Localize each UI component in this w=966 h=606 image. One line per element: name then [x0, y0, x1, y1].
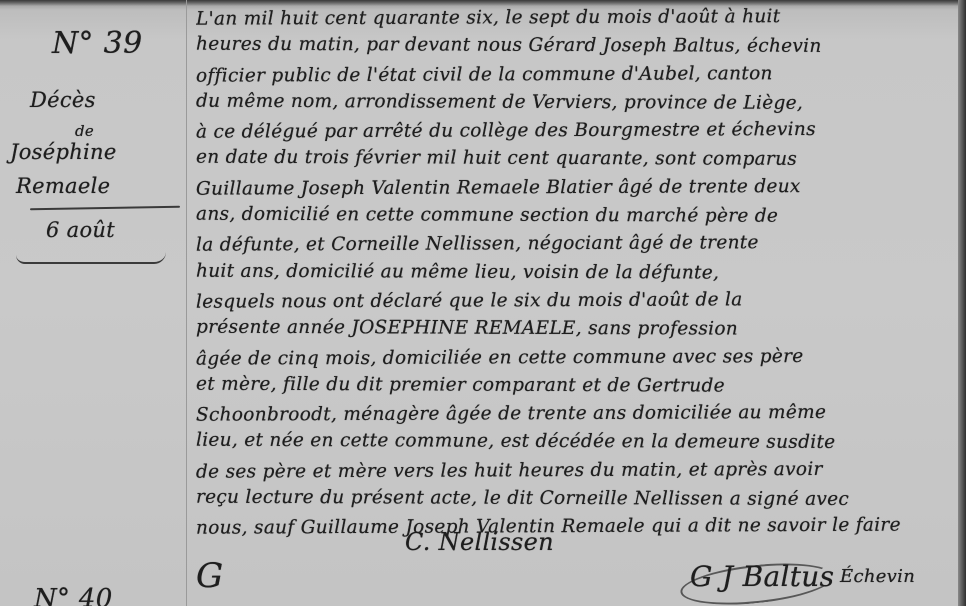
- body-line: nous, sauf Guillaume Joseph Valentin Rem…: [196, 512, 956, 544]
- body-line: la défunte, et Corneille Nellissen, négo…: [196, 229, 956, 261]
- body-line: ans, domicilié en cette commune section …: [196, 201, 956, 232]
- register-page: N° 39 Décès de Joséphine Remaele 6 août …: [0, 0, 966, 606]
- body-line: du même nom, arrondissement de Verviers,…: [196, 88, 956, 119]
- body-line: L'an mil huit cent quarante six, le sept…: [196, 2, 956, 34]
- body-line: et mère, fille du dit premier comparant …: [196, 371, 956, 402]
- margin-date: 6 août: [46, 218, 115, 242]
- body-line: officier public de l'état civil de la co…: [196, 59, 956, 91]
- margin-underline: [30, 206, 180, 211]
- officer-title: Échevin: [840, 566, 915, 587]
- margin-flourish: [16, 252, 166, 264]
- next-entry-number: N° 40: [34, 584, 113, 606]
- margin-de: de: [75, 122, 94, 140]
- entry-body: L'an mil huit cent quarante six, le sept…: [196, 4, 956, 542]
- body-line-deceased-name: présente année JOSEPHINE REMAELE, sans p…: [196, 314, 956, 345]
- body-line: huit ans, domicilié au même lieu, voisin…: [196, 257, 956, 288]
- body-line: âgée de cinq mois, domiciliée en cette c…: [196, 342, 956, 374]
- body-line: lieu, et née en cette commune, est décéd…: [196, 427, 956, 458]
- scan-right-edge: [958, 0, 966, 606]
- body-line: en date du trois février mil huit cent q…: [196, 144, 956, 175]
- mark-signature: G: [196, 556, 223, 596]
- witness-signature: C. Nellissen: [405, 528, 554, 556]
- body-line: reçu lecture du présent acte, le dit Cor…: [196, 484, 956, 515]
- margin-surname: Remaele: [16, 174, 110, 198]
- body-line: à ce délégué par arrêté du collège des B…: [196, 116, 956, 148]
- body-line: de ses père et mère vers les huit heures…: [196, 455, 956, 487]
- body-line: lesquels nous ont déclaré que le six du …: [196, 285, 956, 317]
- margin-first-name: Joséphine: [10, 140, 117, 164]
- officer-signature: G J Baltus: [690, 560, 834, 593]
- entry-number: N° 39: [52, 26, 142, 61]
- margin-column: N° 39 Décès de Joséphine Remaele 6 août …: [0, 0, 186, 606]
- body-line: Schoonbroodt, ménagère âgée de trente an…: [196, 398, 956, 430]
- body-line: Guillaume Joseph Valentin Remaele Blatie…: [196, 172, 956, 204]
- body-line: heures du matin, par devant nous Gérard …: [196, 31, 956, 62]
- margin-rule-line: [186, 0, 187, 606]
- margin-deces: Décès: [30, 88, 96, 112]
